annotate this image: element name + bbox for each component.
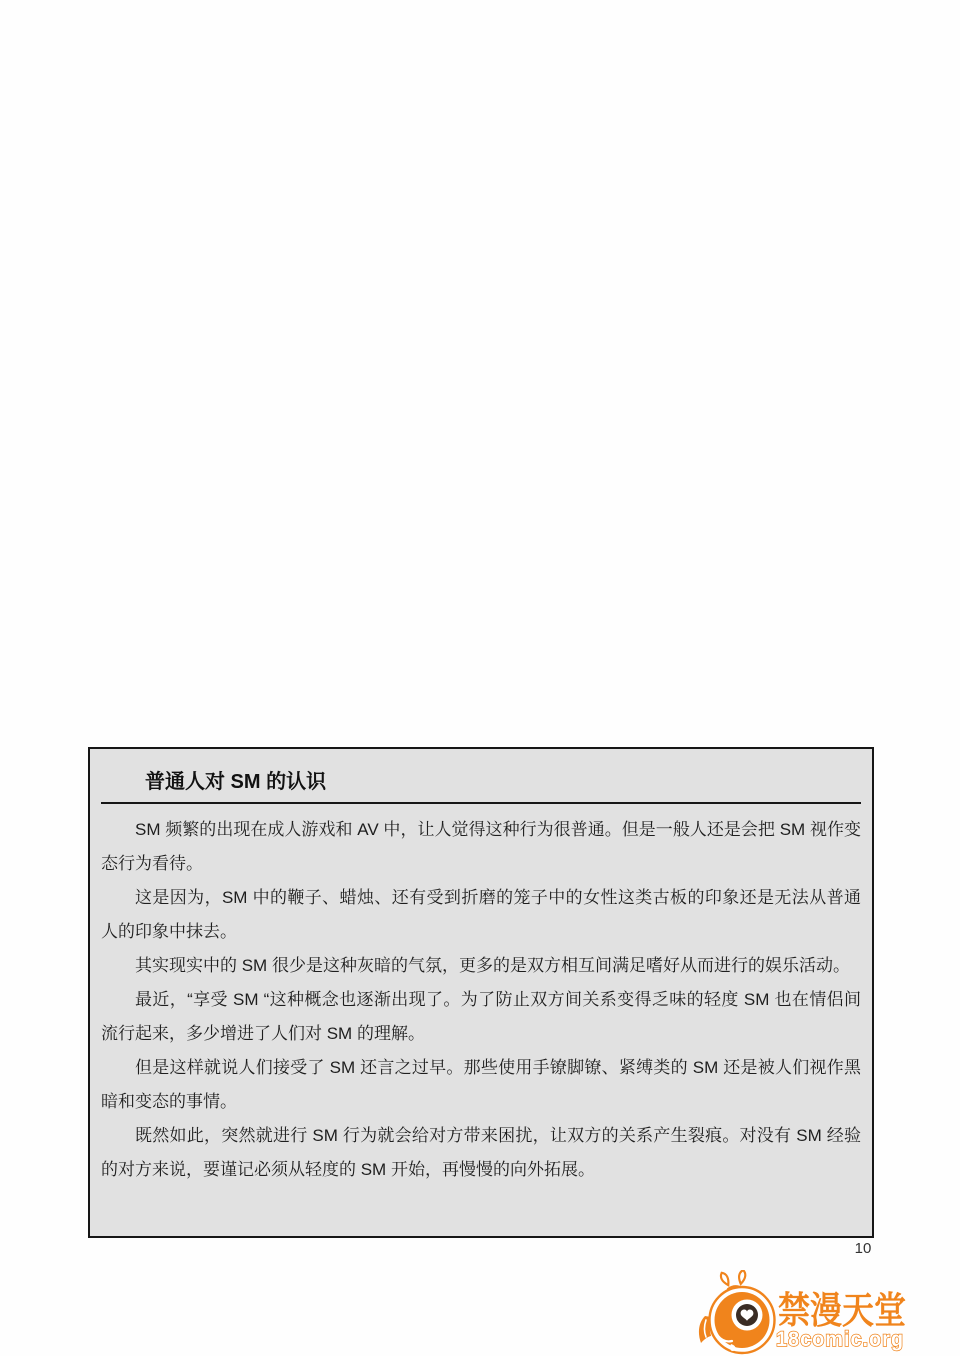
paragraph: 这是因为，SM 中的鞭子、蜡烛、还有受到折磨的笼子中的女性这类古板的印象还是无法… [101,881,861,949]
site-logo-watermark: 禁漫天堂 18comic.org [698,1270,910,1356]
paragraph: 其实现实中的 SM 很少是这种灰暗的气氛，更多的是双方相互间满足嗜好从而进行的娱… [101,949,861,983]
paragraph: 但是这样就说人们接受了 SM 还言之过早。那些使用手镣脚镣、紧缚类的 SM 还是… [101,1051,861,1119]
box-body: SM 频繁的出现在成人游戏和 AV 中，让人觉得这种行为很普通。但是一般人还是会… [101,813,861,1187]
logo-url-text: 18comic.org [776,1328,904,1351]
box-title: 普通人对 SM 的认识 [145,769,861,795]
paragraph: 最近，“享受 SM “这种概念也逐渐出现了。为了防止双方间关系变得乏味的轻度 S… [101,983,861,1051]
title-divider [101,802,861,804]
page-number: 10 [848,1240,878,1257]
paragraph: SM 频繁的出现在成人游戏和 AV 中，让人觉得这种行为很普通。但是一般人还是会… [101,813,861,881]
whale-mascot-icon [699,1270,775,1353]
logo-brand-text: 禁漫天堂 [778,1290,906,1331]
info-box: 普通人对 SM 的认识 SM 频繁的出现在成人游戏和 AV 中，让人觉得这种行为… [88,747,874,1238]
paragraph: 既然如此，突然就进行 SM 行为就会给对方带来困扰，让双方的关系产生裂痕。对没有… [101,1119,861,1187]
document-page: 普通人对 SM 的认识 SM 频繁的出现在成人游戏和 AV 中，让人觉得这种行为… [0,0,960,1356]
site-logo-graphic: 禁漫天堂 18comic.org [698,1270,910,1356]
